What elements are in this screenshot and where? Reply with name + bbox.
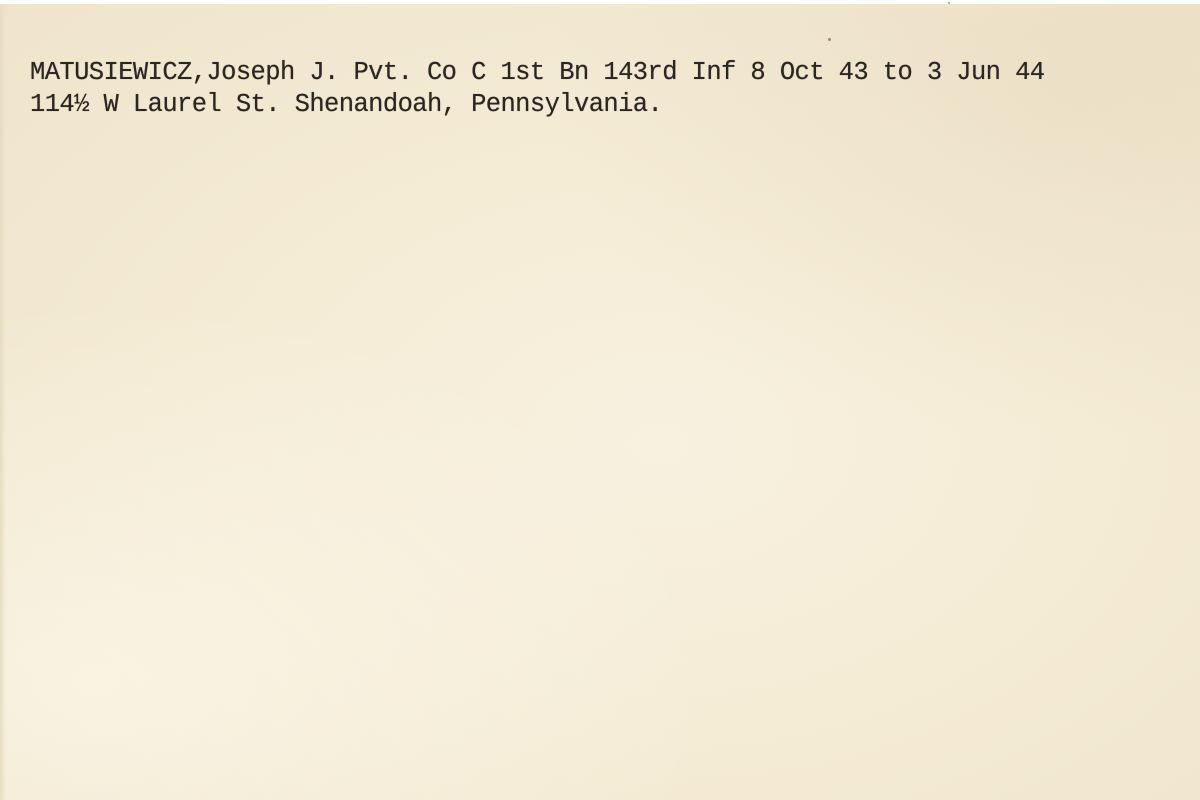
paper-speck: [828, 38, 831, 41]
paper-speck: [948, 2, 950, 4]
typed-line-name-unit: MATUSIEWICZ,Joseph J. Pvt. Co C 1st Bn 1…: [30, 58, 1044, 88]
typed-line-address: 114½ W Laurel St. Shenandoah, Pennsylvan…: [30, 90, 662, 120]
card-edge: [0, 4, 6, 800]
index-card: MATUSIEWICZ,Joseph J. Pvt. Co C 1st Bn 1…: [0, 4, 1200, 800]
